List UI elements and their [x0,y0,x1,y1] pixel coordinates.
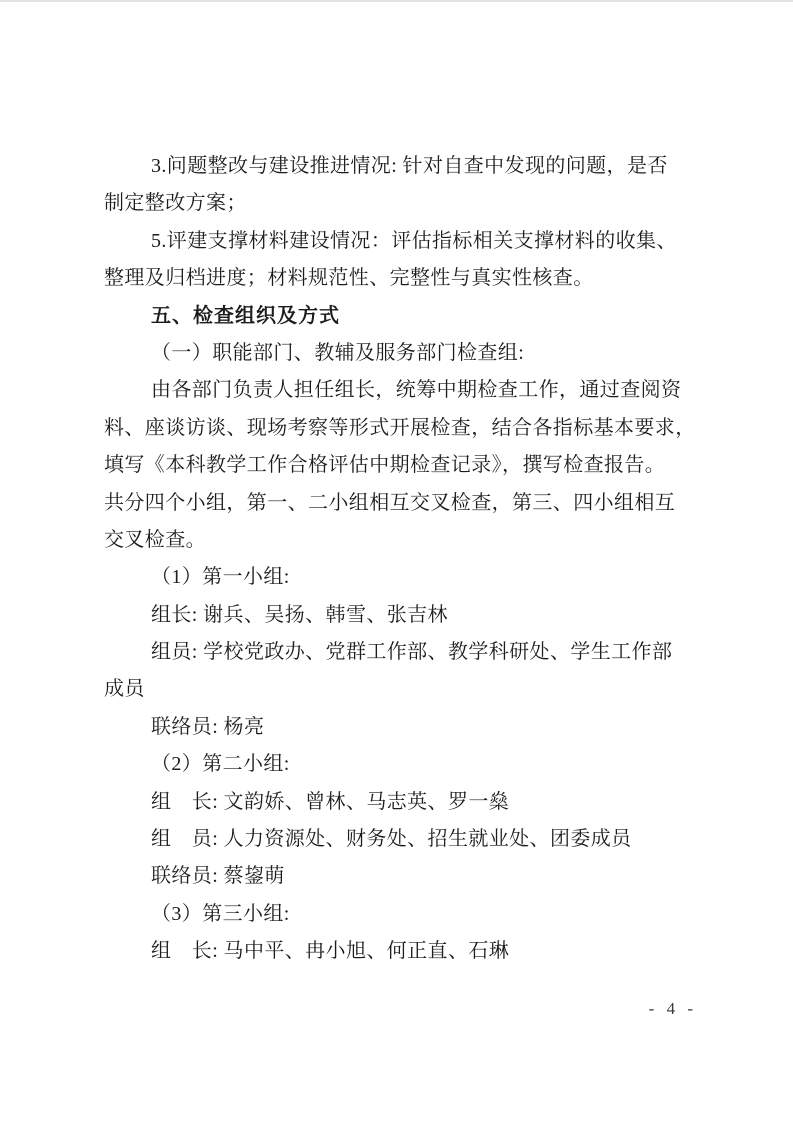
body-line-group1-leaders: 组长: 谢兵、吴扬、韩雪、张吉林 [104,597,700,634]
body-line-support-materials: 5.评建支撑材料建设情况：评估指标相关支撑材料的收集、 [104,223,700,260]
body-line-cross-check: 交叉检查。 [104,522,700,559]
body-line-group-leader-duty: 由各部门负责人担任组长，统筹中期检查工作，通过查阅资 [104,372,700,409]
subheading-group-3: （3）第三小组: [104,896,700,933]
body-line-four-groups: 共分四个小组，第一、二小组相互交叉检查，第三、四小组相互 [104,485,700,522]
subheading-group-1: （1）第一小组: [104,559,700,596]
body-line-rectification-plan: 制定整改方案； [104,185,700,222]
body-line-group2-members: 组 员: 人力资源处、财务处、招生就业处、团委成员 [104,821,700,858]
body-line-inspection-forms: 料、座谈访谈、现场考察等形式开展检查，结合各指标基本要求， [104,410,700,447]
body-line-group3-leaders: 组 长: 马中平、冉小旭、何正直、石琳 [104,933,700,970]
body-line-materials-check: 整理及归档进度；材料规范性、完整性与真实性核查。 [104,260,700,297]
body-line-group1-members-cont: 成员 [104,671,700,708]
document-page: 3.问题整改与建设推进情况: 针对自查中发现的问题，是否 制定整改方案； 5.评… [0,0,793,1124]
body-line-group1-members: 组员: 学校党政办、党群工作部、教学科研处、学生工作部 [104,634,700,671]
subheading-group-2: （2）第二小组: [104,746,700,783]
document-body: 3.问题整改与建设推进情况: 针对自查中发现的问题，是否 制定整改方案； 5.评… [104,148,700,971]
body-line-group1-liaison: 联络员: 杨亮 [104,709,700,746]
body-line-group2-leaders: 组 长: 文韵娇、曾林、马志英、罗一燊 [104,784,700,821]
subsection-heading-dept-group: （一）职能部门、教辅及服务部门检查组: [104,335,700,372]
body-line-fill-record: 填写《本科教学工作合格评估中期检查记录》，撰写检查报告。 [104,447,700,484]
body-line-problem-rectification: 3.问题整改与建设推进情况: 针对自查中发现的问题，是否 [104,148,700,185]
body-line-group2-liaison: 联络员: 蔡鋆萌 [104,858,700,895]
page-number: - 4 - [649,999,697,1019]
section-heading-organization: 五、检查组织及方式 [104,298,700,335]
